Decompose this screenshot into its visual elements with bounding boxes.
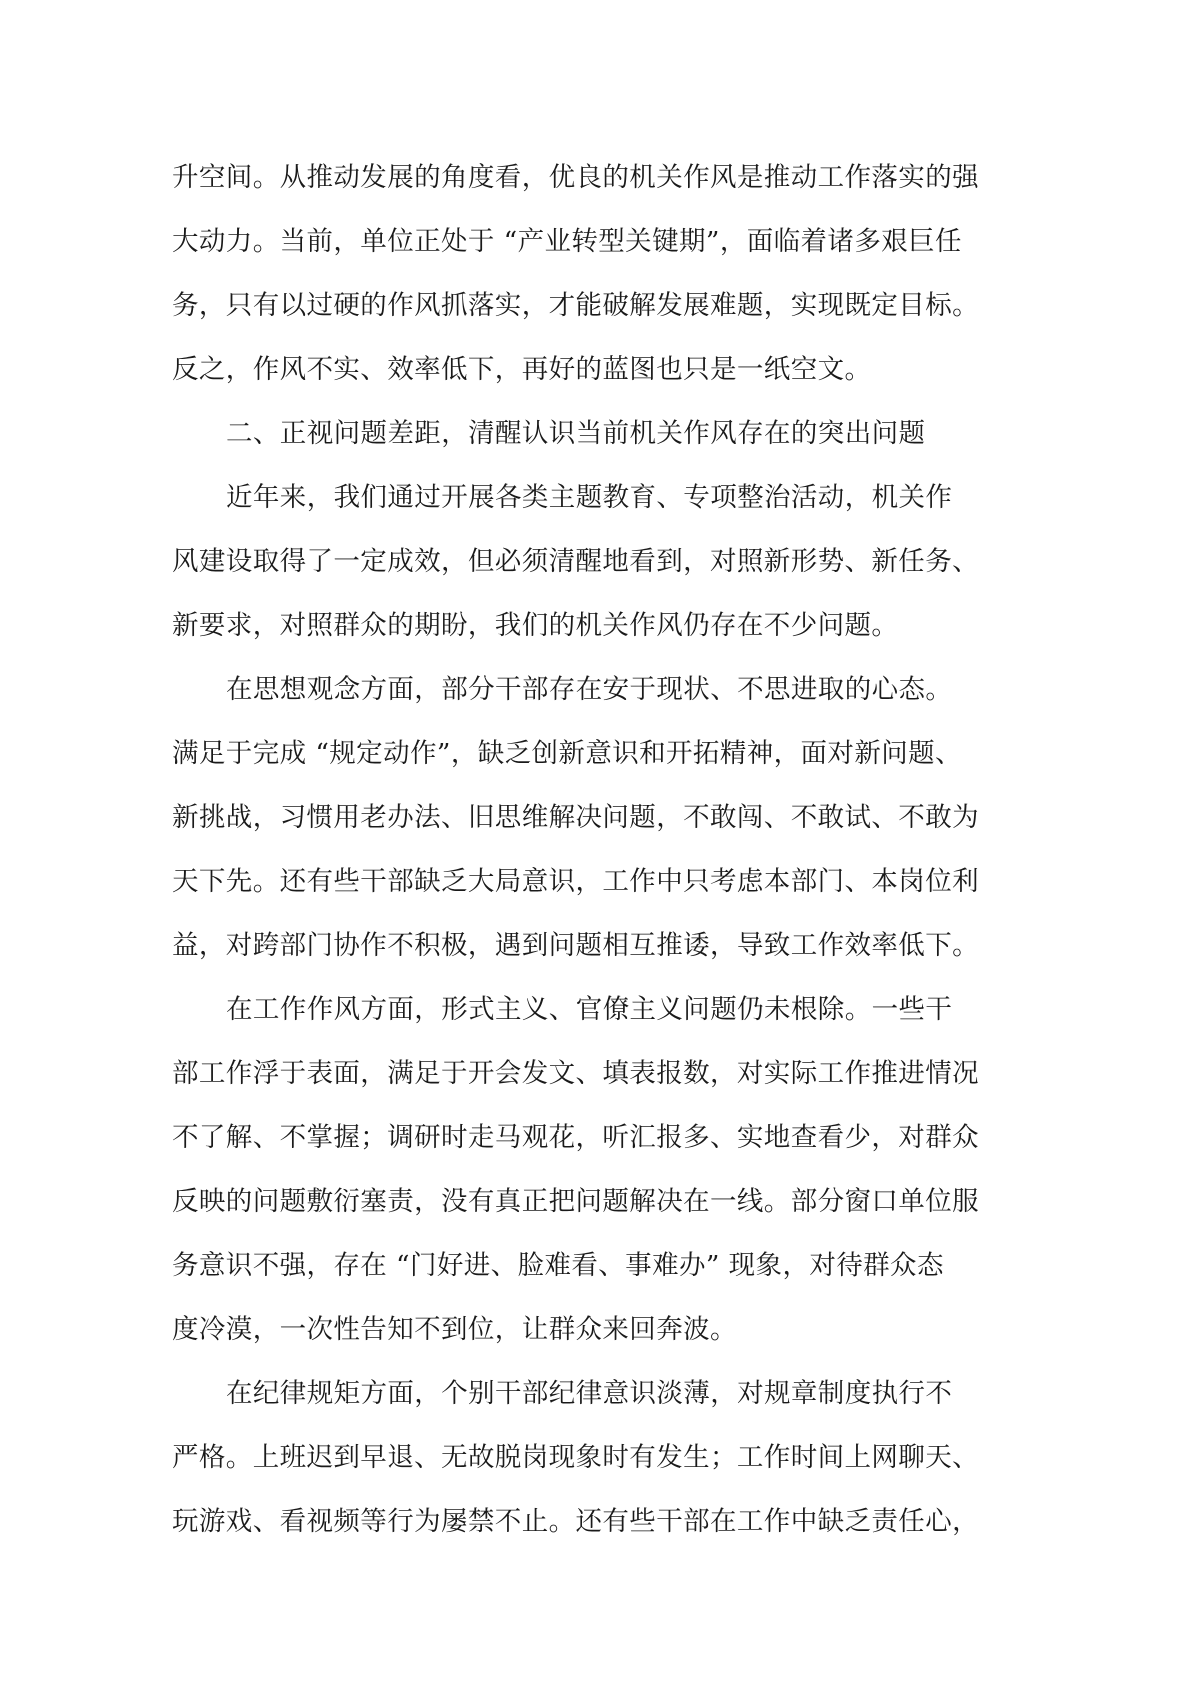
document-page: 升空间。从推动发展的角度看，优良的机关作风是推动工作落实的强大动力。当前，单位正…: [0, 0, 1190, 1683]
text-line: 玩游戏、看视频等行为屡禁不止。还有些干部在工作中缺乏责任心，: [172, 1502, 979, 1542]
paragraph-first-line: 在纪律规矩方面，个别干部纪律意识淡薄，对规章制度执行不: [226, 1374, 952, 1414]
text-line: 不了解、不掌握；调研时走马观花，听汇报多、实地查看少，对群众: [172, 1118, 979, 1158]
text-line: 升空间。从推动发展的角度看，优良的机关作风是推动工作落实的强: [172, 158, 979, 198]
text-line: 益，对跨部门协作不积极，遇到问题相互推诿，导致工作效率低下。: [172, 926, 979, 966]
text-line: 严格。上班迟到早退、无故脱岗现象时有发生；工作时间上网聊天、: [172, 1438, 979, 1478]
text-line: 部工作浮于表面，满足于开会发文、填表报数，对实际工作推进情况: [172, 1054, 979, 1094]
paragraph-first-line: 在工作作风方面，形式主义、官僚主义问题仍未根除。一些干: [226, 990, 952, 1030]
paragraph-first-line: 近年来，我们通过开展各类主题教育、专项整治活动，机关作: [226, 478, 952, 518]
text-line: 反之，作风不实、效率低下，再好的蓝图也只是一纸空文。: [172, 350, 871, 390]
text-line: 风建设取得了一定成效，但必须清醒地看到，对照新形势、新任务、: [172, 542, 979, 582]
paragraph-first-line: 二、正视问题差距，清醒认识当前机关作风存在的突出问题: [226, 414, 925, 454]
text-line: 反映的问题敷衍塞责，没有真正把问题解决在一线。部分窗口单位服: [172, 1182, 979, 1222]
text-line: 满足于完成 “规定动作”，缺乏创新意识和开拓精神，面对新问题、: [172, 734, 962, 774]
text-line: 大动力。当前，单位正处于 “产业转型关键期”，面临着诸多艰巨任: [172, 222, 962, 262]
text-line: 新挑战，习惯用老办法、旧思维解决问题，不敢闯、不敢试、不敢为: [172, 798, 979, 838]
text-line: 度冷漠，一次性告知不到位，让群众来回奔波。: [172, 1310, 737, 1350]
text-line: 务，只有以过硬的作风抓落实，才能破解发展难题，实现既定目标。: [172, 286, 979, 326]
paragraph-first-line: 在思想观念方面，部分干部存在安于现状、不思进取的心态。: [226, 670, 952, 710]
text-line: 天下先。还有些干部缺乏大局意识，工作中只考虑本部门、本岗位利: [172, 862, 979, 902]
text-line: 务意识不强，存在 “门好进、脸难看、事难办” 现象，对待群众态: [172, 1246, 944, 1286]
text-line: 新要求，对照群众的期盼，我们的机关作风仍存在不少问题。: [172, 606, 898, 646]
